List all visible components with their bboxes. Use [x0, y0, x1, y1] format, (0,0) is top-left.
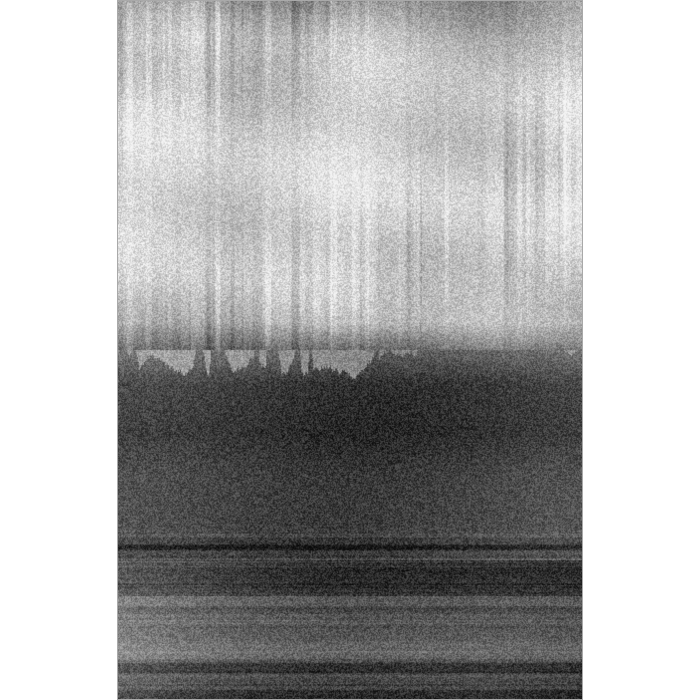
rug-image: Rectangular rug with a light gray/white … — [117, 0, 583, 700]
rug-texture — [118, 1, 582, 699]
product-photo: Rectangular rug with a light gray/white … — [0, 0, 700, 700]
